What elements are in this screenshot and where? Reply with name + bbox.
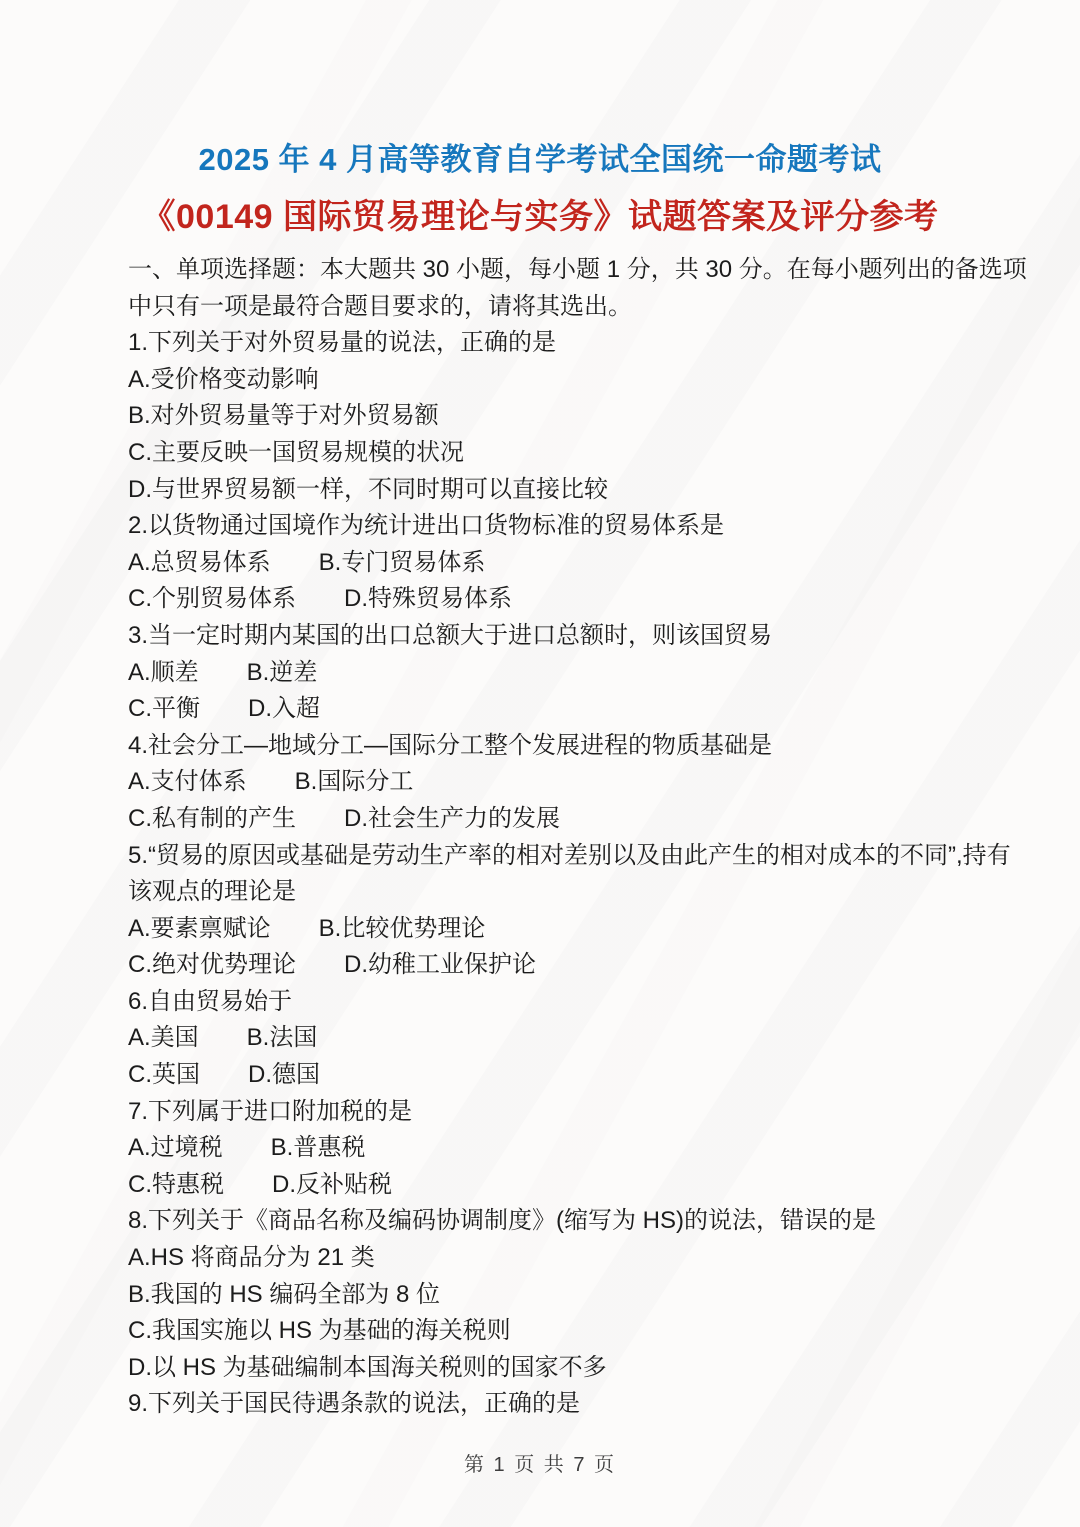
document-line: 5.“贸易的原因或基础是劳动生产率的相对差别以及由此产生的相对成本的不同”,持有 xyxy=(128,838,1070,875)
document-line: A.美国 B.法国 xyxy=(128,1020,1070,1057)
document-line: 该观点的理论是 xyxy=(128,874,1070,911)
document-line: B.我国的 HS 编码全部为 8 位 xyxy=(128,1277,1070,1314)
document-body: 一、单项选择题：本大题共 30 小题，每小题 1 分，共 30 分。在每小题列出… xyxy=(128,252,1070,1423)
document-line: 6.自由贸易始于 xyxy=(128,984,1070,1021)
document-line: 9.下列关于国民待遇条款的说法，正确的是 xyxy=(128,1386,1070,1423)
document-line: 7.下列属于进口附加税的是 xyxy=(128,1094,1070,1131)
document-line: 一、单项选择题：本大题共 30 小题，每小题 1 分，共 30 分。在每小题列出… xyxy=(128,252,1070,289)
document-line: C.特惠税 D.反补贴税 xyxy=(128,1167,1070,1204)
document-line: C.主要反映一国贸易规模的状况 xyxy=(128,435,1070,472)
document-line: D.与世界贸易额一样，不同时期可以直接比较 xyxy=(128,472,1070,509)
document-line: 1.下列关于对外贸易量的说法，正确的是 xyxy=(128,325,1070,362)
document-line: 中只有一项是最符合题目要求的，请将其选出。 xyxy=(128,289,1070,326)
exam-subtitle: 《00149 国际贸易理论与实务》试题答案及评分参考 xyxy=(0,192,1080,242)
exam-answer-sheet-page: 2025 年 4 月高等教育自学考试全国统一命题考试 《00149 国际贸易理论… xyxy=(0,0,1080,1527)
document-line: 8.下列关于《商品名称及编码协调制度》(缩写为 HS)的说法，错误的是 xyxy=(128,1203,1070,1240)
document-line: C.绝对优势理论 D.幼稚工业保护论 xyxy=(128,947,1070,984)
page-number: 第 1 页 共 7 页 xyxy=(0,1450,1080,1480)
document-line: A.要素禀赋论 B.比较优势理论 xyxy=(128,911,1070,948)
document-line: A.支付体系 B.国际分工 xyxy=(128,764,1070,801)
document-line: C.私有制的产生 D.社会生产力的发展 xyxy=(128,801,1070,838)
document-line: C.我国实施以 HS 为基础的海关税则 xyxy=(128,1313,1070,1350)
document-line: C.英国 D.德国 xyxy=(128,1057,1070,1094)
document-line: 3.当一定时期内某国的出口总额大于进口总额时，则该国贸易 xyxy=(128,618,1070,655)
document-line: D.以 HS 为基础编制本国海关税则的国家不多 xyxy=(128,1350,1070,1387)
document-line: A.受价格变动影响 xyxy=(128,362,1070,399)
document-line: A.总贸易体系 B.专门贸易体系 xyxy=(128,545,1070,582)
document-line: A.过境税 B.普惠税 xyxy=(128,1130,1070,1167)
document-line: C.平衡 D.入超 xyxy=(128,691,1070,728)
document-line: A.顺差 B.逆差 xyxy=(128,655,1070,692)
exam-title: 2025 年 4 月高等教育自学考试全国统一命题考试 xyxy=(0,138,1080,182)
document-line: 2.以货物通过国境作为统计进出口货物标准的贸易体系是 xyxy=(128,508,1070,545)
document-line: 4.社会分工—地域分工—国际分工整个发展进程的物质基础是 xyxy=(128,728,1070,765)
document-line: C.个别贸易体系 D.特殊贸易体系 xyxy=(128,581,1070,618)
document-line: A.HS 将商品分为 21 类 xyxy=(128,1240,1070,1277)
document-line: B.对外贸易量等于对外贸易额 xyxy=(128,398,1070,435)
